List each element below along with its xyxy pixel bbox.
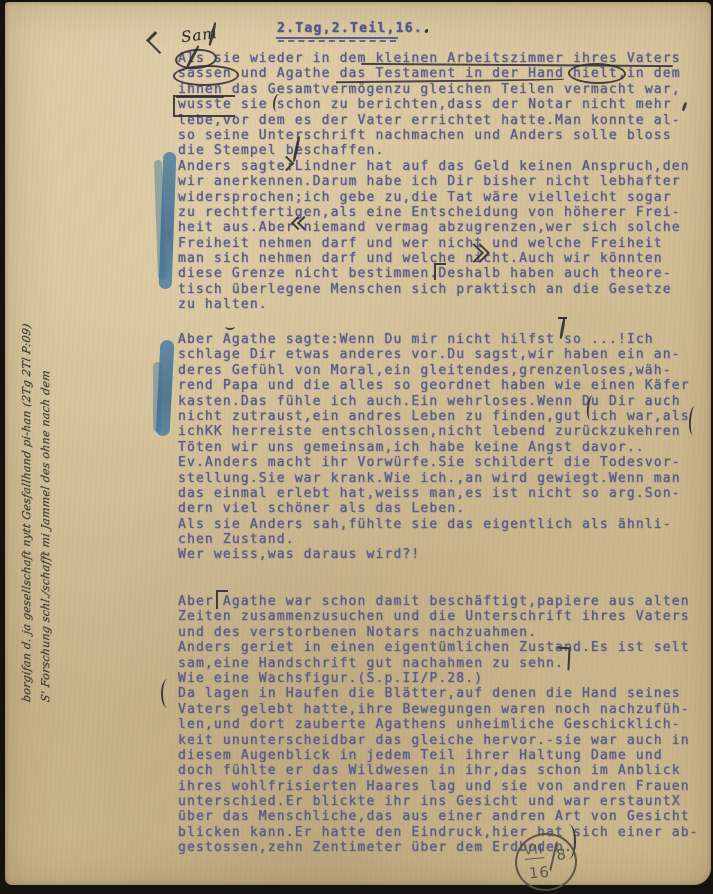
typescript-line: chen Zustand. [178,532,690,547]
ink-dot [424,29,429,34]
paragraph-2: Anders sagte:Lindner hat auf das Geld ke… [178,159,690,313]
typescript-line: heit aus.Aber niemand vermag abzugrenzen… [178,220,690,235]
header-underline [276,37,398,39]
typescript-block-2: Aber Agathe sagte:Wenn Du mir nicht hilf… [178,332,690,563]
bracket-after-sehn [556,647,570,671]
paragraph-5: Aber Agathe war schon damit beschäftigt,… [178,594,699,856]
typescript-line: stellung.Sie war krank.Wie ich.,an wird … [178,471,690,486]
typescript-line: wusste sie schon zu berichten,dass der N… [178,97,690,112]
typescript-line: dern viel schöner als das Leben. [178,501,690,516]
typescript-line: Anders sagte:Lindner hat auf das Geld ke… [178,159,690,174]
stamp-bottom: 16 [528,863,551,883]
bracket-before-Deshalb [434,263,446,280]
typescript-line: Freiheit nehmen darf und wer nicht und w… [178,236,690,251]
typescript-line: lebe,vor dem es der Vater errichtet hatt… [178,113,690,128]
typescript-line: Vaters gelebt hatte,ihre Bewegungen ware… [178,702,699,717]
blue-margin-stroke-2b [153,362,162,432]
typescript-line: Anders geriet in einen eigentümlichen Zu… [178,640,699,655]
paren-before-Da-lagen [161,679,174,708]
typescript-line: len,und dort zauberte Agathens unheimlic… [178,717,699,732]
typescript-line: zu rechtfertigen,als eine Entscheidung v… [178,205,690,220]
typescript-line: zu halten. [178,297,690,312]
typescript-line: über das Menschliche,das aus einer andre… [178,809,699,824]
box-around-wusste [173,95,235,117]
manuscript-page: 2.Tag,2.Teil,16. Als sie wieder in dem k… [5,2,711,885]
typescript-line: keit ununterscheidbar das gleiche hervor… [178,733,699,748]
margin-note: borgifan d. ja gesellschaft nytt Gesfall… [17,270,63,702]
typescript-line: Als sie Anders sah,fühlte sie das eigent… [178,517,690,532]
typescript-line: Wer weiss,was daraus wird?! [178,547,690,562]
slash-after-zurueckzukehren [688,406,700,436]
typescript-line: schlage Dir etwas anderes vor.Du sagst,w… [178,347,690,362]
typescript-line: so seine Unterschrift nachmachen und And… [178,128,690,143]
paragraph-3: Aber Agathe sagte:Wenn Du mir nicht hilf… [178,332,690,455]
typescript-line: widersprochen;ich gebe zu,die Tat wäre v… [178,190,690,205]
margin-note-line-1: borgifan d. ja gesellschaft nytt Gesfall… [17,268,36,703]
typescript-line: sam,eine Handschrift gut nachahmen zu se… [178,656,699,671]
stamp-page: 8 [556,845,567,864]
bracket-before-Agathe [216,590,228,609]
typescript-block-3: Aber Agathe war schon damit beschäftigt,… [178,594,699,856]
typescript-line: nicht zutraust,ein andres Leben zu finde… [178,409,690,424]
margin-chevron-icon [146,31,169,54]
margin-note-line-2: S' Forschung schl./schafft mi Jammel des… [36,268,55,703]
typescript-line: Wie eine Wachsfigur.(S.p.II/P.28.) [178,671,699,686]
typescript-line: Zeiten zusammenzusuchen und die Untersch… [178,609,699,624]
typescript-line: Ev.Anders macht ihr Vorwürfe.Sie schilde… [178,455,690,470]
typescript-line: ihres wohlfrisierten Haares lag und sie … [178,779,699,794]
typescript-line: rend Papa und die alles so geordnet habe… [178,378,690,393]
typescript-line: unterschied.Er blickte ihr ins Gesicht u… [178,794,699,809]
breve-over-Agathe [225,323,235,330]
paragraph-4: Ev.Anders macht ihr Vorwürfe.Sie schilde… [178,455,690,563]
typescript-line: und des verstorbenen Notars nachzuahmen. [178,625,699,640]
typescript-line: tisch überlegene Menschen sich praktisch… [178,282,690,297]
typescript-line: Da lagen in Haufen die Blätter,auf denen… [178,686,699,701]
header-underline-dashed [278,40,396,42]
typescript-line: doch fühlte er das Wildwesen in ihr,das … [178,763,699,778]
typescript-line: die Stempel beschaffen. [178,143,690,158]
typescript-line: das einmal erlebt hat,weiss man,es ist n… [178,486,690,501]
typescript-line: deres Gefühl von Moral,ein gleitendes,gr… [178,363,690,378]
page-title: 2.Tag,2.Teil,16. [277,21,423,36]
typescript-line: ichKK herreiste entschlossen,nicht leben… [178,424,690,439]
typescript-line: Aber Agathe war schon damit beschäftigt,… [178,594,699,609]
typescript-line: wir anerkennen.Darum habe ich Dir bisher… [178,174,690,189]
typescript-line: diesem Augenblick in jedem Teil ihrer Ha… [178,748,699,763]
typescript-line: Töten wir uns gemeinsam,ich habe keine A… [178,440,690,455]
typescript-line: ihnen das Gesamtvermögenzu gleichen Teil… [178,82,690,97]
typescript-line: Aber Agathe sagte:Wenn Du mir nicht hilf… [178,332,690,347]
typescript-line: blicken kann.Er hatte den Eindruck,hier … [178,825,699,840]
slash-after-hilfst-tick [558,317,567,319]
typescript-line: kasten.Das fühle ich auch.Ein wehrloses.… [178,394,690,409]
stamp-numerator: VII [523,842,544,860]
typescript-line: gestossen,zehn Zentimeter über dem Erdbo… [178,840,699,855]
